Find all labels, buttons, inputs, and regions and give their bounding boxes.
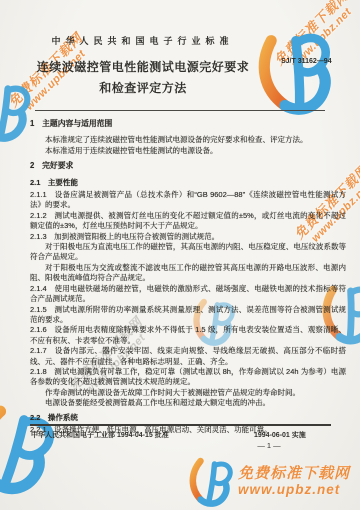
watermark-site-name: 免费标准下载网: [238, 466, 350, 483]
body-paragraph: 本标准适用于连续波磁控管电性能测试的电源设备。: [30, 146, 346, 156]
body-paragraph: 2.1.4 使用电磁铁磁场的磁控管，电磁铁的激励形式、磁场强度、电磁铁电源的技术…: [30, 284, 346, 305]
standard-number: SJ/T 31162—94: [281, 58, 332, 65]
body-paragraph: 2.1.3 加到被测管阳极上的电压符合被测管的测试规范。: [30, 232, 346, 242]
watermark-brand-footer: 免费标准下载网 www.upbz.net: [184, 457, 350, 507]
watermark-site-url: www.upbz.net: [238, 483, 350, 498]
page-number: — 1 —: [238, 441, 300, 450]
body-paragraph: 2.1.6 设备所用电表精度除特殊要求外不得低于 1.5 级，所有电表安装位置适…: [30, 325, 346, 346]
watermark-site-url: www.upbz.net: [283, 0, 360, 77]
body-paragraph: 2.1.5 测试电源所附带的功率测量系统其测量原理、测试方法、误差范围等符合被测…: [30, 305, 346, 326]
body-paragraph: 作寿命测试的电源设备无故障工作时间大于被测磁控管产品规定的寿命时间。: [30, 388, 346, 398]
body-paragraph: 对于阳极电压为直流电压工作的磁控管，其高压电源的内阻、电压稳定度、电压纹波系数等…: [30, 242, 346, 263]
body-paragraph: 2.1.1 设备应满足被测管产品（总技术条件）和“GB 9602—88”《连续波…: [30, 190, 346, 211]
document-body: 1 主题内容与适用范围本标准规定了连续波磁控管电性能测试电源设备的完好要求和检查…: [30, 114, 346, 435]
approval-note: 中华人民共和国电子工业部 1994-04-15 批准: [31, 430, 169, 440]
document-title-line1: 连续波磁控管电性能测试电源完好要求: [18, 57, 268, 78]
title-divider: [35, 110, 325, 111]
footer-divider: [30, 424, 331, 426]
implementation-note: 1994-06-01 实施: [254, 430, 306, 440]
body-paragraph: 2.1.7 设备内部元、器件安装牢固、线束走向规整、导线绝缘层无破损、高压部分不…: [30, 346, 346, 367]
body-paragraph: 2.1.8 测试电源满负荷可靠工作，稳定可靠（测试电源以 8h，作寿命测试以 2…: [30, 367, 346, 388]
body-heading: 2.1 主要性能: [30, 178, 346, 188]
body-heading: 1 主题内容与适用范围: [30, 119, 346, 129]
body-paragraph: 2.1.2 测试电源提供、被测管灯丝电压的变化不超过额定值的±5%，或灯丝电流的…: [30, 211, 346, 232]
scanned-standard-page: 免费标准下载网 www.upbz.net 免费标准下载网 www.upbz.ne…: [0, 0, 360, 510]
document-title-line2: 和检查评定方法: [18, 78, 268, 99]
body-heading: 2 完好要求: [30, 161, 346, 171]
standard-category-header: 中华人民共和国电子行业标准: [25, 34, 260, 47]
up-logo-icon: [184, 457, 234, 507]
brand-text: 免费标准下载网 www.upbz.net: [238, 466, 350, 497]
document-title: 连续波磁控管电性能测试电源完好要求 和检查评定方法: [18, 57, 268, 99]
watermark-site-top-right: 免费标准下载网 www.upbz.net: [269, 0, 360, 77]
body-paragraph: 对于阳极电压为交流或整流不滤波电压工作的磁控管其高压电源的开路电压波形、电源内阻…: [30, 263, 346, 284]
body-paragraph: 电源设备要能经受被测管最高工作电压和超过最大额定电流的冲击。: [30, 398, 346, 408]
body-paragraph: 本标准规定了连续波磁控管电性能测试电源设备的完好要求和检查、评定方法。: [30, 135, 346, 145]
body-heading: 2.2 操作系统: [30, 413, 346, 423]
